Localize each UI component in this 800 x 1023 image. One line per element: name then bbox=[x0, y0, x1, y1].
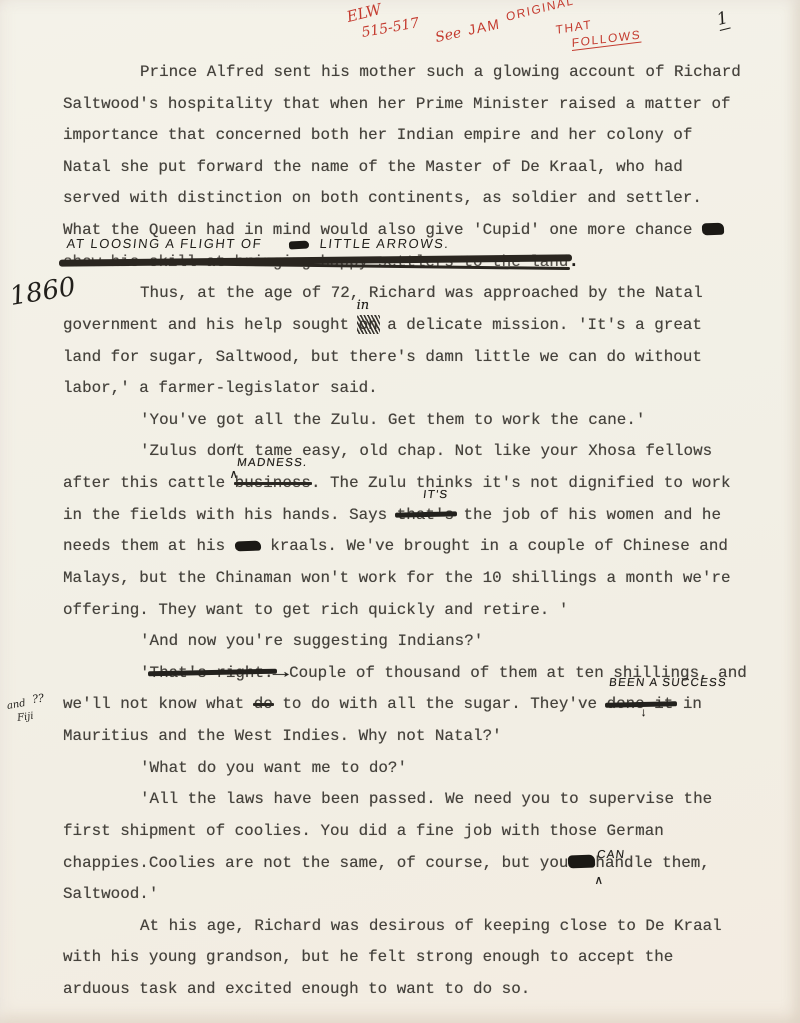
typed-line: Saltwood's hospitality that when her Pri… bbox=[63, 94, 731, 114]
typed-text: Saltwood.' bbox=[63, 885, 158, 903]
red-note-jam: JAM bbox=[468, 16, 502, 37]
typed-xstrike-text: show his skill at bringing happy settler… bbox=[63, 252, 568, 272]
typed-line: Saltwood.' bbox=[63, 884, 158, 904]
typed-text: 'What do you want me to do?' bbox=[140, 759, 407, 777]
typed-text: At his age, Richard was desirous of keep… bbox=[140, 917, 722, 935]
typed-text: first shipment of coolies. You did a fin… bbox=[63, 822, 664, 840]
margin-query-fiji: Fiji bbox=[17, 712, 35, 724]
typed-line: in the fields with his hands. Says that'… bbox=[63, 505, 721, 525]
typed-hstrike-text: That's right. bbox=[150, 663, 274, 683]
typed-text: in the fields with his hands. Says bbox=[63, 506, 397, 524]
typed-text: we'll not know what bbox=[63, 695, 254, 713]
red-note-original: ORIGINAL bbox=[505, 0, 575, 23]
typed-line: importance that concerned both her India… bbox=[63, 125, 692, 145]
typed-line: government and his help sought onin a de… bbox=[63, 315, 702, 335]
typed-line: served with distinction on both continen… bbox=[63, 188, 702, 208]
handwritten-note: BEEN A SUCCESS bbox=[608, 678, 727, 690]
typed-text: Saltwood's hospitality that when her Pri… bbox=[63, 95, 731, 113]
typed-hstrike-text: that'sIT'S bbox=[397, 505, 454, 525]
typed-line: chappies.Coolies are not the same, of co… bbox=[63, 853, 710, 873]
typed-text: offering. They want to get rich quickly … bbox=[63, 601, 568, 619]
typed-line: At his age, Richard was desirous of keep… bbox=[63, 916, 722, 936]
typed-text: needs them at his bbox=[63, 537, 235, 555]
typed-text: Malays, but the Chinaman won't work for … bbox=[63, 569, 731, 587]
typed-line: 'All the laws have been passed. We need … bbox=[63, 789, 712, 809]
typed-text: importance that concerned both her India… bbox=[63, 126, 692, 144]
typed-line: Mauritius and the West Indies. Why not N… bbox=[63, 726, 502, 746]
typed-text: 'All the laws have been passed. We need … bbox=[140, 790, 712, 808]
typed-text: 'You've got all the Zulu. Get them to wo… bbox=[140, 411, 645, 429]
handwritten-note: IT'S bbox=[422, 490, 449, 502]
typed-text: a delicate mission. 'It's a great bbox=[378, 316, 702, 334]
typed-line: Natal she put forward the name of the Ma… bbox=[63, 157, 683, 177]
typed-text: handle them, bbox=[595, 854, 709, 872]
insert-arrows-2: LITTLE ARROWS. bbox=[319, 237, 450, 250]
typed-text: chappies.Coolies are not the same, of co… bbox=[63, 854, 568, 872]
typed-text: Thus, at the age of 72, Richard was appr… bbox=[140, 284, 703, 302]
typed-line: needs them at his kraals. We've brought … bbox=[63, 536, 728, 556]
typed-text: to do with all the sugar. They've bbox=[273, 695, 607, 713]
typed-text: government and his help sought bbox=[63, 316, 359, 334]
typed-text: served with distinction on both continen… bbox=[63, 189, 702, 207]
margin-query-marks: ?? bbox=[31, 692, 44, 705]
typed-strike-text: businessMADNESS. bbox=[235, 473, 311, 493]
typed-text: with his young grandson, but he felt str… bbox=[63, 948, 673, 966]
typed-line: arduous task and excited enough to want … bbox=[63, 979, 530, 999]
typed-text: . The Zulu thinks it's not dignified to … bbox=[311, 474, 731, 492]
typed-bolddot-text: . bbox=[568, 252, 579, 272]
typed-text: Prince Alfred sent his mother such a glo… bbox=[140, 63, 741, 81]
ink-blot bbox=[568, 854, 595, 868]
typed-line: first shipment of coolies. You did a fin… bbox=[63, 821, 664, 841]
typed-text: land for sugar, Saltwood, but there's da… bbox=[63, 348, 702, 366]
typed-scribble-text: onin bbox=[359, 315, 378, 335]
page-number: 1 bbox=[715, 10, 730, 31]
typed-line: 'And now you're suggesting Indians?' bbox=[63, 631, 483, 651]
typed-text: in bbox=[673, 695, 702, 713]
typed-text: after this cattle bbox=[63, 474, 235, 492]
margin-year: 1860 bbox=[8, 274, 77, 310]
typed-line: Malays, but the Chinaman won't work for … bbox=[63, 568, 731, 588]
typed-line: 'Zulus don/∧t tame easy, old chap. Not l… bbox=[63, 441, 712, 461]
typed-line: land for sugar, Saltwood, but there's da… bbox=[63, 347, 702, 367]
typed-line: show his skill at bringing happy settler… bbox=[63, 252, 579, 272]
ink-blot bbox=[702, 223, 724, 236]
red-note-see: See bbox=[434, 26, 463, 45]
handwritten-note: in bbox=[357, 299, 370, 312]
insert-arrows-blot bbox=[289, 240, 309, 249]
typed-text: 'Zulus don bbox=[140, 442, 235, 460]
handwritten-note: MADNESS. bbox=[236, 458, 308, 470]
typed-text: Mauritius and the West Indies. Why not N… bbox=[63, 727, 502, 745]
margin-query-and: and bbox=[6, 699, 26, 712]
typed-line: we'll not know what do to do with all th… bbox=[63, 694, 702, 714]
typed-text: 'And now you're suggesting Indians?' bbox=[140, 632, 483, 650]
handwritten-caret: ↓ bbox=[641, 706, 647, 718]
typed-line: 'You've got all the Zulu. Get them to wo… bbox=[63, 410, 645, 430]
typed-line: offering. They want to get rich quickly … bbox=[63, 600, 568, 620]
handwritten-caret: ∧ bbox=[594, 874, 603, 886]
typed-hstrike-text: done itBEEN A SUCCESS↓ bbox=[607, 694, 674, 714]
typed-strike-text: do bbox=[254, 694, 273, 714]
typed-text: labor,' a farmer-legislator said. bbox=[63, 379, 378, 397]
manuscript-page: Prince Alfred sent his mother such a glo… bbox=[0, 0, 800, 1023]
typed-line: after this cattle businessMADNESS.. The … bbox=[63, 473, 731, 493]
typed-line: Thus, at the age of 72, Richard was appr… bbox=[63, 283, 703, 303]
typed-text: arduous task and excited enough to want … bbox=[63, 980, 530, 998]
typed-line: 'What do you want me to do?' bbox=[63, 758, 407, 778]
typed-text: Natal she put forward the name of the Ma… bbox=[63, 158, 683, 176]
typed-line: Prince Alfred sent his mother such a glo… bbox=[63, 62, 741, 82]
typed-text: the job of his women and he bbox=[454, 506, 721, 524]
typed-arrow-text: → bbox=[272, 661, 288, 684]
ink-blot bbox=[234, 541, 260, 552]
typed-line: with his young grandson, but he felt str… bbox=[63, 947, 673, 967]
typed-text: kraals. We've brought in a couple of Chi… bbox=[261, 537, 728, 555]
insert-arrows-1: AT LOOSING A FLIGHT OF bbox=[66, 237, 263, 250]
typed-line: labor,' a farmer-legislator said. bbox=[63, 378, 378, 398]
